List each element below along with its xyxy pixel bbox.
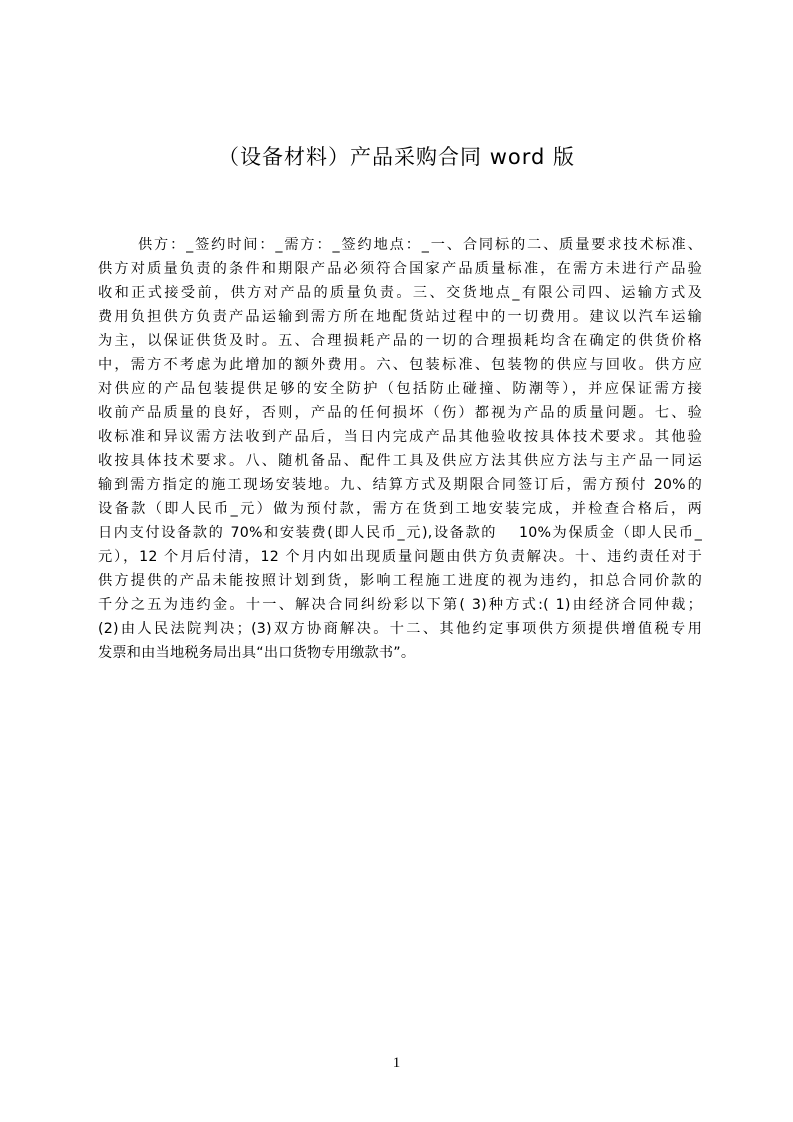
page-number: 1 (0, 1055, 793, 1072)
body-line: 供方提供的产品未能按照计划到货，影响工程施工进度的视为违约，扣总合同价款的 (98, 569, 702, 593)
body-line: 费用负担供方负责产品运输到需方所在地配货站过程中的一切费用。建议以汽车运输 (98, 305, 702, 329)
body-line: 收按具体技术要求。八、随机备品、配件工具及供应方法其供应方法与主产品一同运 (98, 449, 702, 473)
body-line: 对供应的产品包装提供足够的安全防护（包括防止碰撞、防潮等），并应保证需方接 (98, 377, 702, 401)
document-title: （设备材料）产品采购合同 word 版 (0, 140, 793, 174)
body-line: 收标准和异议需方法收到产品后，当日内完成产品其他验收按具体技术要求。其他验 (98, 425, 702, 449)
body-line: 收前产品质量的良好，否则，产品的任何损坏（伤）都视为产品的质量问题。七、验 (98, 401, 702, 425)
document-body: 供方：_签约时间：_需方：_签约地点：_一、合同标的二、质量要求技术标准、 供方… (98, 233, 702, 665)
body-line: 日内支付设备款的 70%和安装费(即人民币_元),设备款的 10%为保质金（即人… (98, 521, 702, 545)
body-line: 发票和由当地税务局出具“出口货物专用缴款书”。 (98, 641, 702, 665)
body-line: 设备款（即人民币_元）做为预付款，需方在货到工地安装完成，并检查合格后，两 (98, 497, 702, 521)
body-line: 为主，以保证供货及时。五、合理损耗产品的一切的合理损耗均含在确定的供货价格 (98, 329, 702, 353)
body-line: 中，需方不考虑为此增加的额外费用。六、包装标准、包装物的供应与回收。供方应 (98, 353, 702, 377)
body-line: 收和正式接受前，供方对产品的质量负责。三、交货地点_有限公司四、运输方式及 (98, 281, 702, 305)
body-line: 元），12 个月后付清，12 个月内如出现质量问题由供方负责解决。十、违约责任对… (98, 545, 702, 569)
body-line: 千分之五为违约金。十一、解决合同纠纷彩以下第( 3)种方式:( 1)由经济合同仲… (98, 593, 702, 617)
body-line: (2)由人民法院判决；(3)双方协商解决。十二、其他约定事项供方须提供增值税专用 (98, 617, 702, 641)
body-line: 供方：_签约时间：_需方：_签约地点：_一、合同标的二、质量要求技术标准、 (98, 233, 702, 257)
body-line: 供方对质量负责的条件和期限产品必须符合国家产品质量标准，在需方未进行产品验 (98, 257, 702, 281)
body-line: 输到需方指定的施工现场安装地。九、结算方式及期限合同签订后，需方预付 20%的 (98, 473, 702, 497)
